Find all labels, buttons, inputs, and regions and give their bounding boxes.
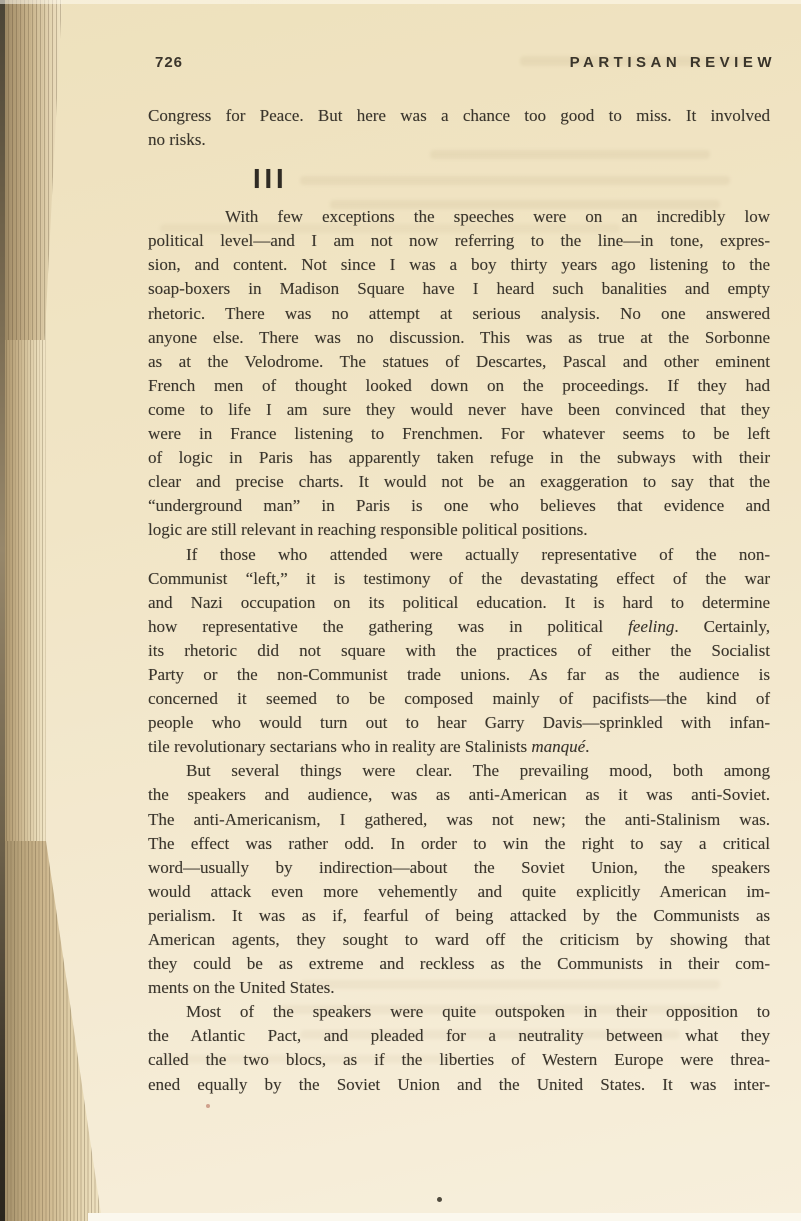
text-line: perialism. It was as if, fearful of bein… xyxy=(148,904,770,928)
text-line: ments on the United States. xyxy=(148,976,770,1000)
text-line: Communist “left,” it is testimony of the… xyxy=(148,567,770,591)
text-line: “underground man” in Paris is one who be… xyxy=(148,494,770,518)
text-line: Party or the non-Communist trade unions.… xyxy=(148,663,770,687)
text-line: clear and precise charts. It would not b… xyxy=(148,470,770,494)
text-line: The anti-Americanism, I gathered, was no… xyxy=(148,808,770,832)
text-line: sion, and content. Not since I was a boy… xyxy=(148,253,770,277)
paragraph: But several things were clear. The preva… xyxy=(148,759,770,1000)
text-line: of logic in Paris has apparently taken r… xyxy=(148,446,770,470)
text-line: rhetoric. There was no attempt at seriou… xyxy=(148,302,770,326)
paper-speck xyxy=(437,1197,442,1202)
text-line: would attack even more vehemently and qu… xyxy=(148,880,770,904)
paper-speck xyxy=(206,1104,210,1108)
text-line: ened equally by the Soviet Union and the… xyxy=(148,1073,770,1097)
text-line: were in France listening to Frenchmen. F… xyxy=(148,422,770,446)
text-line: no risks. xyxy=(148,128,770,152)
page-top-edge-highlight xyxy=(0,0,801,4)
text-line: how representative the gathering was in … xyxy=(148,615,770,639)
page-bottom-edge-highlight xyxy=(88,1213,801,1221)
text-line: concerned it seemed to be composed mainl… xyxy=(148,687,770,711)
text-line: Most of the speakers were quite outspoke… xyxy=(148,1000,770,1024)
text-line: The effect was rather odd. In order to w… xyxy=(148,832,770,856)
paragraph: If those who attended were actually repr… xyxy=(148,543,770,760)
text-line: the Atlantic Pact, and pleaded for a neu… xyxy=(148,1024,770,1048)
text-line: With few exceptions the speeches were on… xyxy=(148,205,770,229)
text-line: If those who attended were actually repr… xyxy=(148,543,770,567)
paragraph: With few exceptions the speeches were on… xyxy=(148,205,770,542)
text-line: the speakers and audience, was as anti-A… xyxy=(148,783,770,807)
text-line: logic are still relevant in reaching res… xyxy=(148,518,770,542)
text-line: come to life I am sure they would never … xyxy=(148,398,770,422)
paragraph: Congress for Peace. But here was a chanc… xyxy=(148,104,770,152)
text-column: Congress for Peace. But here was a chanc… xyxy=(148,104,770,1097)
text-line: its rhetoric did not square with the pra… xyxy=(148,639,770,663)
text-line: anyone else. There was no discussion. Th… xyxy=(148,326,770,350)
book-spine-edge xyxy=(0,0,5,1221)
scanned-book-page: 726 PARTISAN REVIEW Congress for Peace. … xyxy=(0,0,801,1221)
text-line: Congress for Peace. But here was a chanc… xyxy=(148,104,770,128)
text-line: called the two blocs, as if the libertie… xyxy=(148,1048,770,1072)
page-number: 726 xyxy=(155,54,183,71)
text-line: word—usually by indirection—about the So… xyxy=(148,856,770,880)
text-line: they could be as extreme and reckless as… xyxy=(148,952,770,976)
text-line: people who would turn out to hear Garry … xyxy=(148,711,770,735)
journal-title: PARTISAN REVIEW xyxy=(570,54,776,71)
text-line: American agents, they sought to ward off… xyxy=(148,928,770,952)
text-line: and Nazi occupation on its political edu… xyxy=(148,591,770,615)
running-head: 726 PARTISAN REVIEW xyxy=(148,50,776,72)
paragraph: Most of the speakers were quite outspoke… xyxy=(148,1000,770,1096)
text-line: tile revolutionary sectarians who in rea… xyxy=(148,735,770,759)
text-line: as at the Velodrome. The statues of Desc… xyxy=(148,350,770,374)
text-line: soap-boxers in Madison Square have I hea… xyxy=(148,277,770,301)
text-line: political level—and I am not now referri… xyxy=(148,229,770,253)
text-line: French men of thought looked down on the… xyxy=(148,374,770,398)
section-heading: III xyxy=(253,161,770,197)
text-line: But several things were clear. The preva… xyxy=(148,759,770,783)
